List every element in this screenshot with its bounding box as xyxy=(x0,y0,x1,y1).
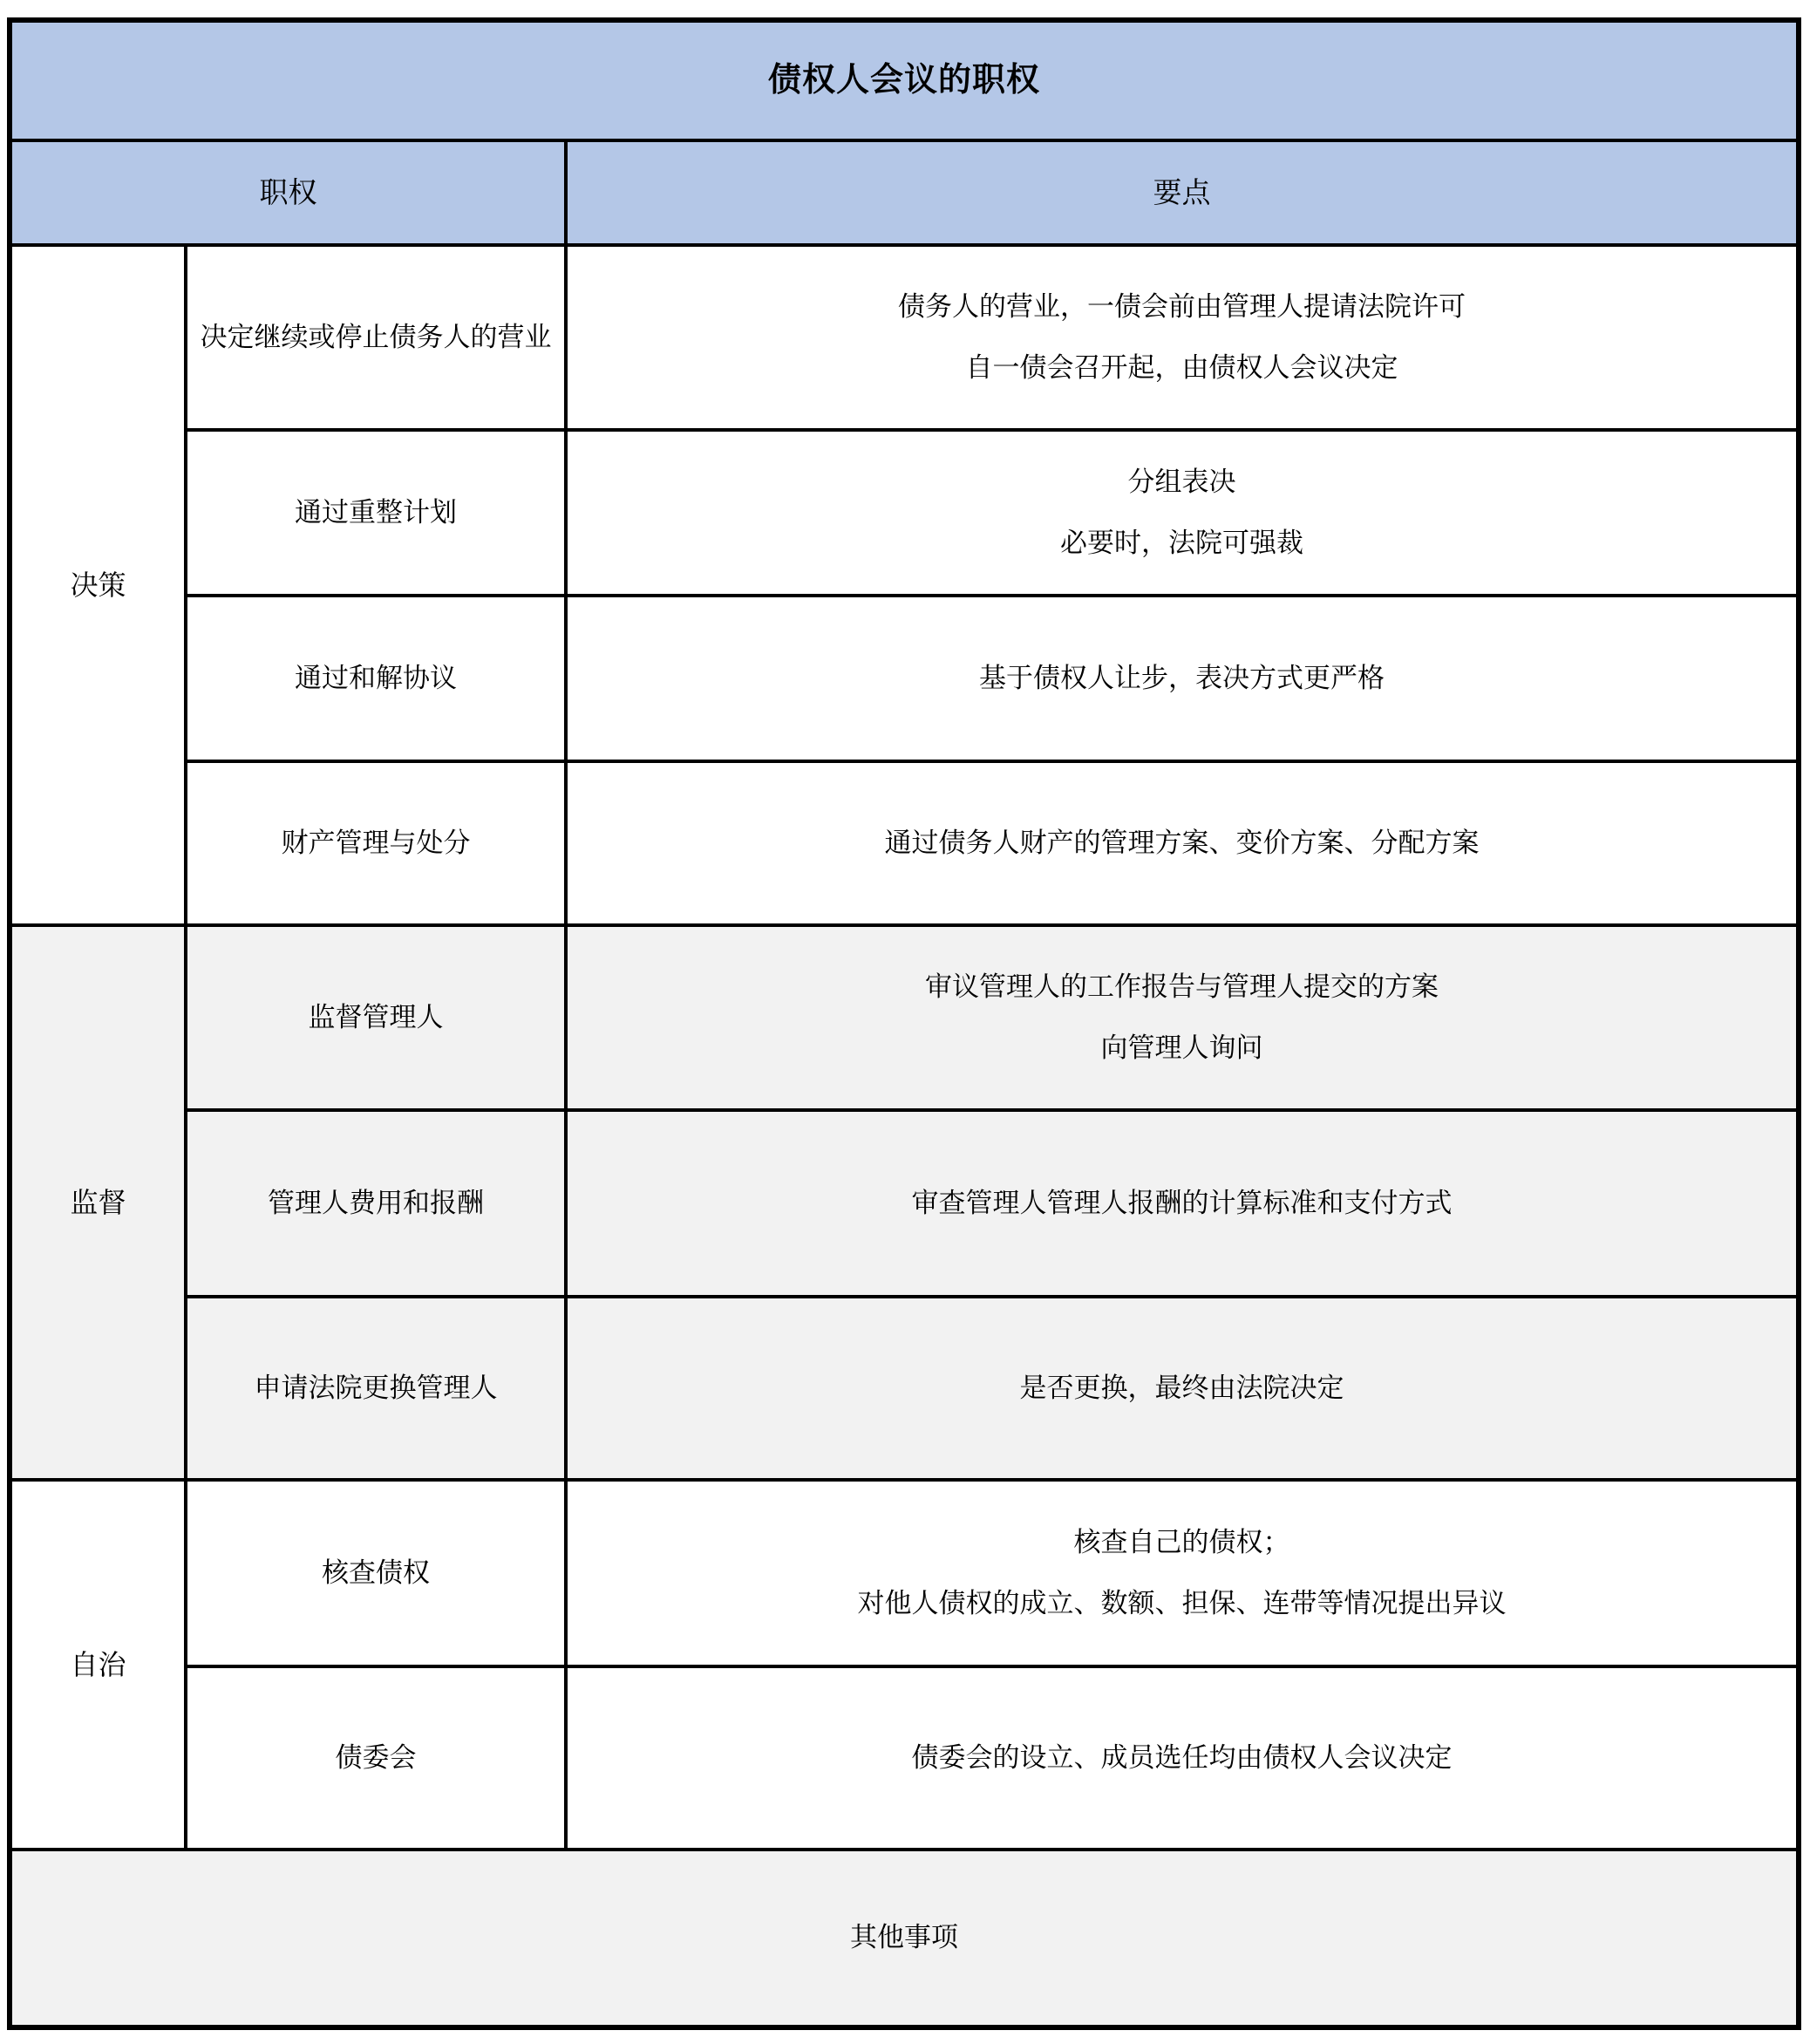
power-cell: 债委会 xyxy=(186,1666,566,1850)
power-cell: 决定继续或停止债务人的营业 xyxy=(186,245,566,430)
points-cell: 基于债权人让步，表决方式更严格 xyxy=(566,596,1799,761)
power-cell: 财产管理与处分 xyxy=(186,761,566,925)
points-cell: 审查管理人管理人报酬的计算标准和支付方式 xyxy=(566,1110,1799,1297)
power-cell: 通过和解协议 xyxy=(186,596,566,761)
category-cell-autonomy: 自治 xyxy=(10,1480,186,1850)
column-header-power: 职权 xyxy=(10,140,566,245)
points-cell: 债务人的营业，一债会前由管理人提请法院许可 自一债会召开起，由债权人会议决定 xyxy=(566,245,1799,430)
points-cell: 核查自己的债权； 对他人债权的成立、数额、担保、连带等情况提出异议 xyxy=(566,1480,1799,1666)
power-cell: 管理人费用和报酬 xyxy=(186,1110,566,1297)
footer-other-matters-cell: 其他事项 xyxy=(10,1850,1799,2027)
points-cell: 审议管理人的工作报告与管理人提交的方案 向管理人询问 xyxy=(566,925,1799,1110)
power-cell: 申请法院更换管理人 xyxy=(186,1297,566,1480)
table-title: 债权人会议的职权 xyxy=(10,20,1799,140)
category-cell-decision: 决策 xyxy=(10,245,186,925)
power-cell: 通过重整计划 xyxy=(186,430,566,596)
category-cell-supervision: 监督 xyxy=(10,925,186,1480)
points-cell: 通过债务人财产的管理方案、变价方案、分配方案 xyxy=(566,761,1799,925)
points-cell: 是否更换，最终由法院决定 xyxy=(566,1297,1799,1480)
points-cell: 债委会的设立、成员选任均由债权人会议决定 xyxy=(566,1666,1799,1850)
page: 债权人会议的职权 职权 要点 决策 决定继续或停止债务人的营业 债务人的营业，一… xyxy=(0,0,1803,2044)
points-cell: 分组表决 必要时，法院可强裁 xyxy=(566,430,1799,596)
power-cell: 核查债权 xyxy=(186,1480,566,1666)
creditors-meeting-powers-table: 债权人会议的职权 职权 要点 决策 决定继续或停止债务人的营业 债务人的营业，一… xyxy=(7,17,1801,2030)
column-header-points: 要点 xyxy=(566,140,1799,245)
power-cell: 监督管理人 xyxy=(186,925,566,1110)
